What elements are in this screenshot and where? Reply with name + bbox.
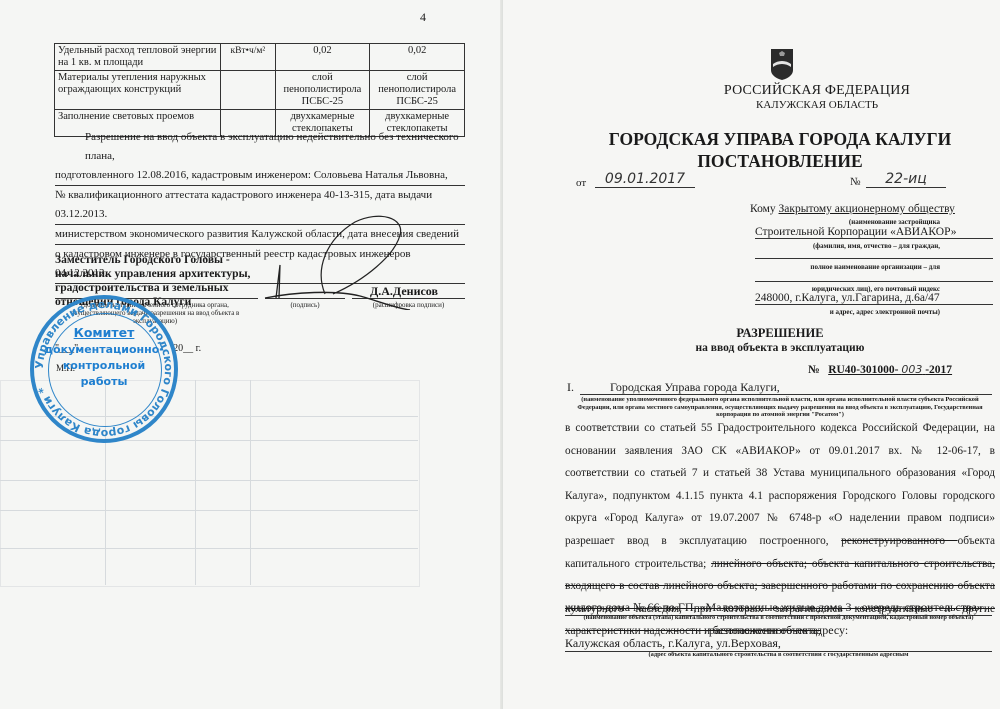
stamp-ring-text: Управление делами Городского Головы горо… [30, 295, 178, 443]
number-label: № [850, 176, 861, 188]
authority-underline [580, 394, 992, 395]
recipient-name-line1: Закрытому акционерному обществу [779, 203, 955, 215]
recipient-address: 248000, г.Калуга, ул.Гагарина, д.6а/47 [755, 292, 993, 305]
position-line: градостроительства и земельных [55, 281, 255, 295]
table-cell [221, 71, 275, 110]
permit-number-label: № [808, 364, 820, 376]
bleed-through-line [195, 380, 196, 585]
section-numeral: I. [567, 380, 574, 395]
region-name: КАЛУЖСКАЯ ОБЛАСТЬ [697, 99, 937, 111]
document-type: ПОСТАНОВЛЕНИЕ [590, 150, 970, 172]
recipient-line-1: Кому Закрытому акционерному обществу [750, 203, 995, 215]
permit-number: № RU40-301000- 003 -2017 [808, 363, 952, 376]
recipient-caption: полное наименование организации – для [750, 263, 940, 271]
recipient-caption: (наименование застройщика [750, 218, 940, 226]
specs-table: Удельный расход тепловой энергии на 1 кв… [54, 43, 465, 137]
handwritten-signature [255, 210, 415, 310]
recipient-caption: и адрес, адрес электронной почты) [750, 308, 940, 316]
object-address: Калужская область, г.Калуга, ул.Верховая… [565, 636, 992, 652]
organization-name: ГОРОДСКАЯ УПРАВА ГОРОДА КАЛУГИ [590, 128, 970, 150]
body-text: в соответствии со статьей 55 Градостроит… [565, 422, 995, 547]
left-page: 4 Удельный расход тепловой энергии на 1 … [0, 0, 503, 709]
page-number: 4 [420, 10, 426, 25]
position-line: Заместитель Городского Головы - [55, 253, 255, 267]
bleed-through-line [250, 380, 251, 585]
authority-caption: (наименование уполномоченного федерально… [565, 396, 995, 419]
permit-subtitle: на ввод объекта в эксплуатацию [590, 342, 970, 354]
bleed-through-line [0, 510, 418, 511]
table-cell: 0,02 [370, 44, 465, 71]
recipient-blank-line [755, 281, 993, 282]
position-line: начальник управления архитектуры, [55, 267, 255, 281]
kaluga-coat-of-arms-icon [770, 48, 794, 80]
bleed-through-line [0, 480, 418, 481]
permit-number-handwritten: 003 [901, 363, 922, 376]
table-row: Удельный расход тепловой энергии на 1 кв… [55, 44, 465, 71]
struck-text: реконструированного [841, 535, 957, 547]
table-row: Материалы утепления наружных ограждающих… [55, 71, 465, 110]
table-cell: кВт•ч/м² [221, 44, 275, 71]
official-stamp: Комитет документационно- контрольной раб… [30, 295, 178, 443]
issuing-authority: Городская Управа города Калуги, [610, 380, 780, 395]
svg-text:Управление делами Городского Г: Управление делами Городского Головы горо… [33, 298, 175, 440]
table-cell: Удельный расход тепловой энергии на 1 кв… [55, 44, 221, 71]
recipient-blank-line [755, 258, 993, 259]
bleed-through-line [0, 548, 418, 549]
table-cell: слой пенополистирола ПСБС-25 [275, 71, 370, 110]
address-caption: (адрес объекта капитального строительств… [565, 651, 992, 659]
country-name: РОССИЙСКАЯ ФЕДЕРАЦИЯ [697, 83, 937, 99]
date-label: от [576, 177, 586, 189]
permit-title: РАЗРЕШЕНИЕ [590, 326, 970, 341]
note-line: Разрешение на ввод объекта в эксплуатаци… [55, 128, 465, 166]
note-line: подготовленного 12.08.2016, кадастровым … [55, 166, 465, 186]
table-cell: слой пенополистирола ПСБС-25 [370, 71, 465, 110]
recipient-prefix: Кому [750, 203, 776, 215]
table-cell: 0,02 [275, 44, 370, 71]
table-cell: Материалы утепления наружных ограждающих… [55, 71, 221, 110]
resolution-date: 09.01.2017 [595, 171, 695, 188]
permit-number-value: RU40-301000- 003 -2017 [828, 364, 952, 376]
resolution-number: 22-иц [866, 171, 946, 188]
permit-number-prefix: RU40-301000- [828, 364, 898, 376]
permit-number-suffix: -2017 [925, 364, 952, 376]
recipient-caption: (фамилия, имя, отчество – для граждан, [750, 242, 940, 250]
object-caption: (наименование объекта (этапа) капитально… [565, 614, 992, 622]
document-header: ГОРОДСКАЯ УПРАВА ГОРОДА КАЛУГИ ПОСТАНОВЛ… [590, 128, 970, 172]
recipient-name-line2: Строительной Корпорации «АВИАКОР» [755, 226, 993, 239]
